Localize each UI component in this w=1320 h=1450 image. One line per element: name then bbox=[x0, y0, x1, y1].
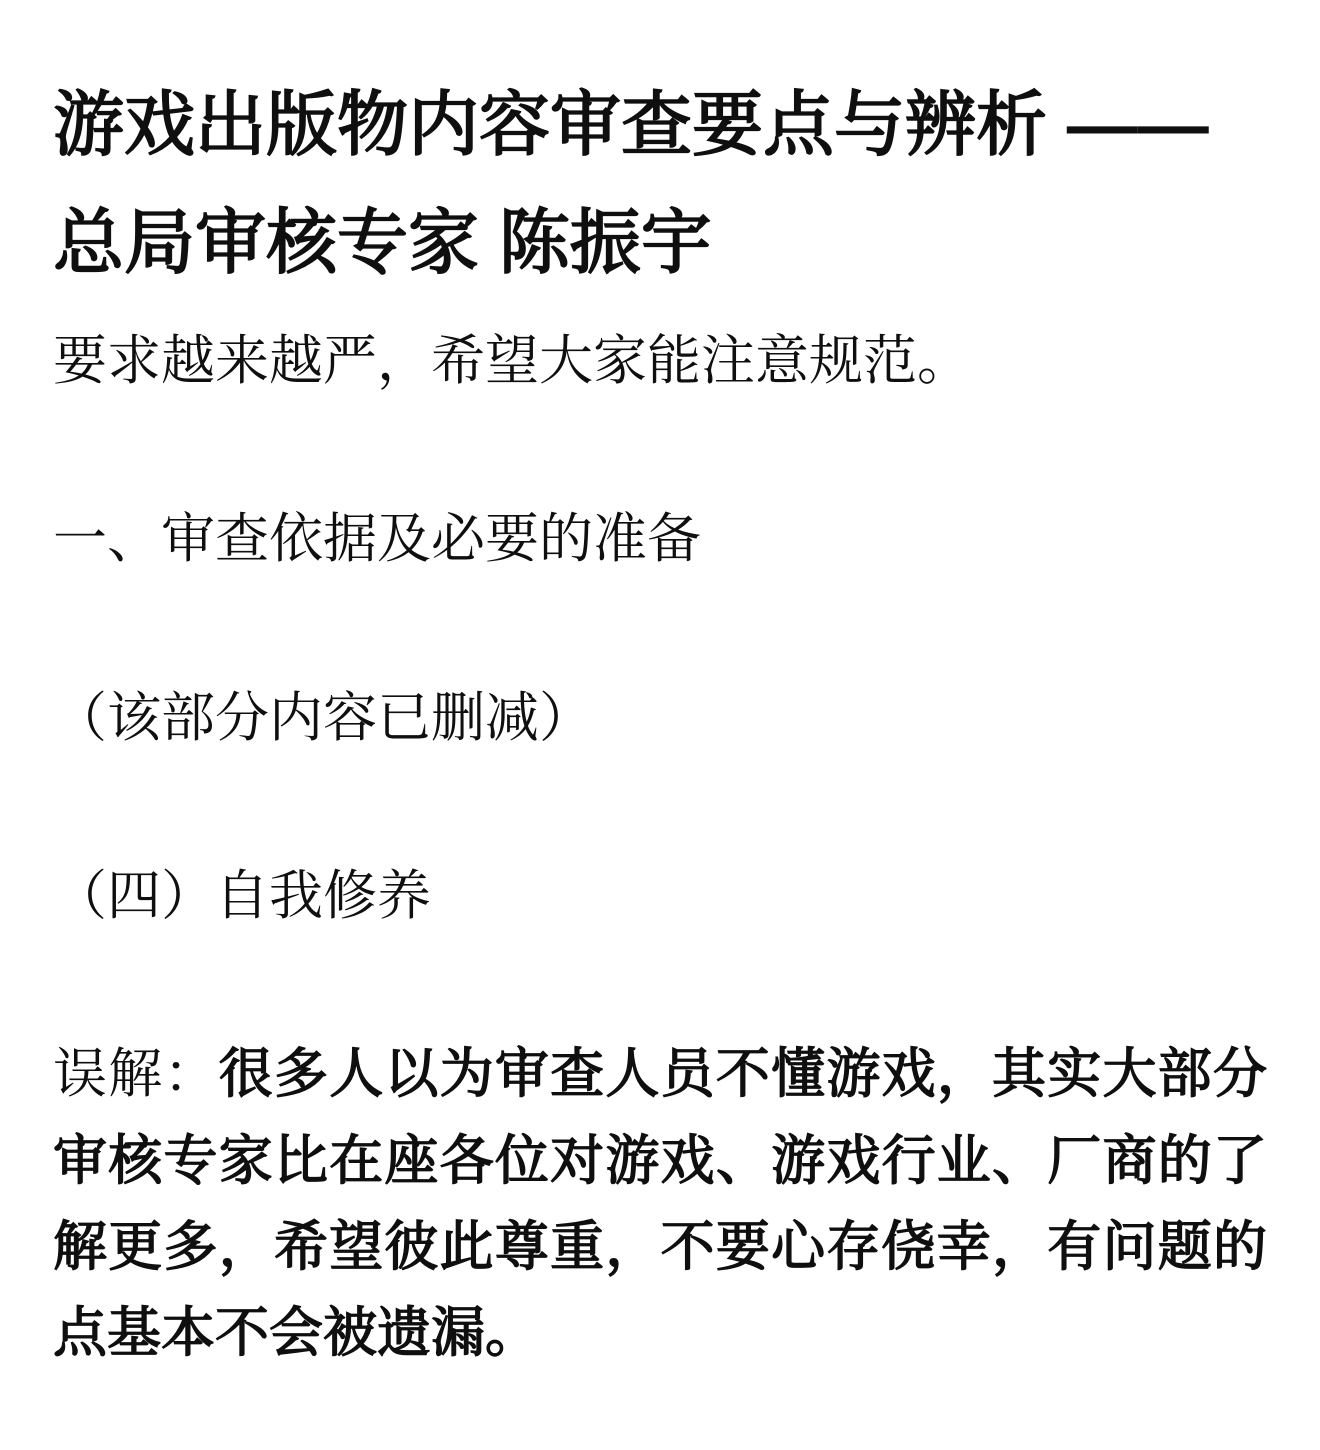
article-body: 游戏出版物内容审查要点与辨析 —— 总局审核专家 陈振宇 要求越来越严，希望大家… bbox=[0, 0, 1320, 1377]
subsection-heading: （四）自我修养 bbox=[53, 853, 1267, 939]
misconception-bold-text: 很多人以为审查人员不懂游戏，其实大部分审核专家比在座各位对游戏、游戏行业、厂商的… bbox=[53, 1044, 1267, 1363]
article-title: 游戏出版物内容审查要点与辨析 —— 总局审核专家 陈振宇 bbox=[53, 67, 1267, 303]
misconception-paragraph: 误解：很多人以为审查人员不懂游戏，其实大部分审核专家比在座各位对游戏、游戏行业、… bbox=[53, 1031, 1267, 1377]
intro-paragraph: 要求越来越严，希望大家能注意规范。 bbox=[53, 318, 1267, 404]
redacted-note: （该部分内容已删减） bbox=[53, 675, 1267, 761]
misconception-label: 误解： bbox=[53, 1044, 219, 1104]
section-heading: 一、审查依据及必要的准备 bbox=[53, 496, 1267, 582]
